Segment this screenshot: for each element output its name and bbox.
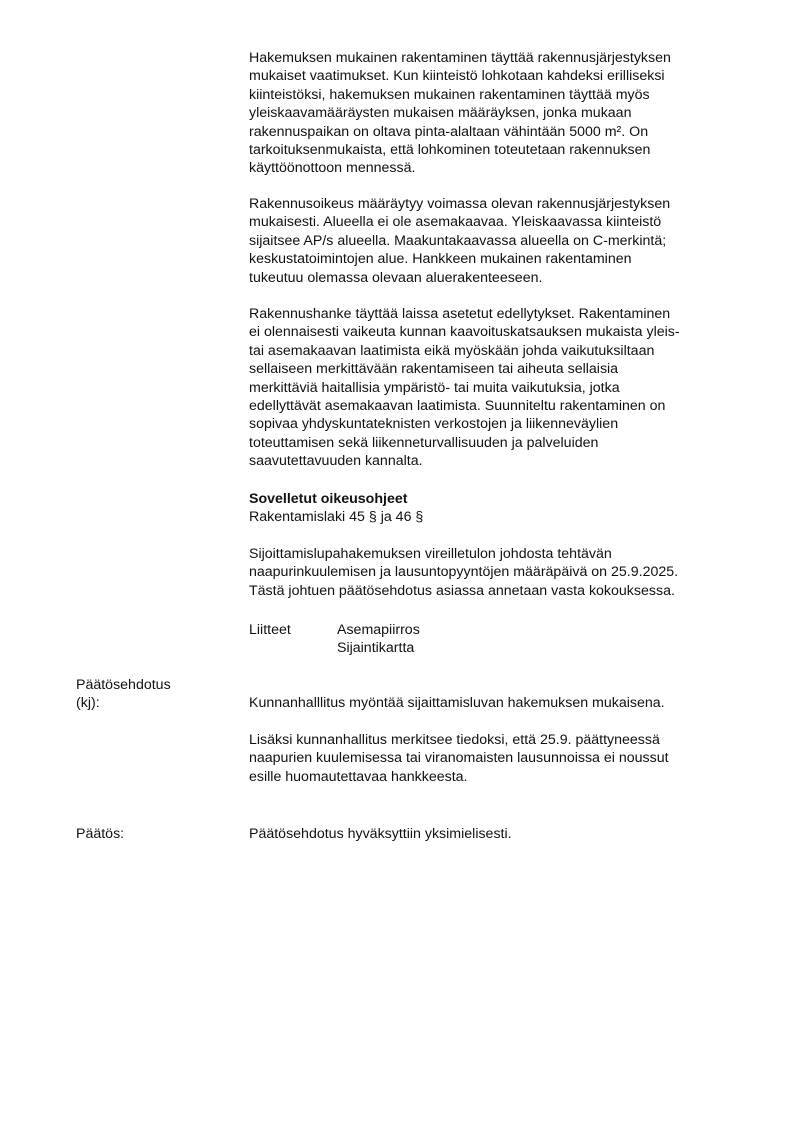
paragraph-requirements: Hakemuksen mukainen rakentaminen täyttää… bbox=[249, 49, 749, 178]
text-line: edellyttävät asemakaavan laatimista. Suu… bbox=[249, 397, 749, 415]
decision-text: Päätösehdotus hyväksyttiin yksimielisest… bbox=[249, 825, 749, 843]
text-line: naapurinkuulemisen ja lausuntopyyntöjen … bbox=[249, 563, 749, 581]
text-line: naapurien kuulemisessa tai viranomaisten… bbox=[249, 749, 749, 767]
text-line: yleiskaavamääräysten mukaisen määräyksen… bbox=[249, 104, 749, 122]
paragraph-deadline: Sijoittamislupahakemuksen vireilletulon … bbox=[249, 545, 749, 600]
proposal-text: Kunnanhalllitus myöntää sijaittamisluvan… bbox=[249, 694, 749, 712]
text-line: Kunnanhalllitus myöntää sijaittamisluvan… bbox=[249, 694, 749, 712]
text-line: ei olennaisesti vaikeuta kunnan kaavoitu… bbox=[249, 323, 749, 341]
text-line: rakennuspaikan on oltava pinta-alaltaan … bbox=[249, 123, 749, 141]
text-line: Tästä johtuen päätösehdotus asiassa anne… bbox=[249, 582, 749, 600]
text-line: kiinteistöksi, hakemuksen mukainen raken… bbox=[249, 86, 749, 104]
proposal-note: Lisäksi kunnanhallitus merkitsee tiedoks… bbox=[249, 731, 749, 786]
text-line: Lisäksi kunnanhallitus merkitsee tiedoks… bbox=[249, 731, 749, 749]
text-line: Rakennushanke täyttää laissa asetetut ed… bbox=[249, 305, 749, 323]
text-line: merkittäviä haitallisia ympäristö- tai m… bbox=[249, 379, 749, 397]
attachment-item[interactable]: Sijaintikartta bbox=[337, 639, 414, 657]
text-line: sellaiseen merkittävään rakentamiseen ta… bbox=[249, 360, 749, 378]
text-line: sijaitsee AP/s alueella. Maakuntakaavass… bbox=[249, 232, 749, 250]
text-line: toteuttamisen sekä liikenneturvallisuude… bbox=[249, 434, 749, 452]
section-heading: Sovelletut oikeusohjeet bbox=[249, 490, 749, 508]
text-line: tukeutuu olemassa olevaan aluerakenteese… bbox=[249, 269, 749, 287]
legal-reference: Rakentamislaki 45 § ja 46 § bbox=[249, 508, 749, 526]
legal-basis-section: Sovelletut oikeusohjeet Rakentamislaki 4… bbox=[249, 490, 749, 527]
text-line: Sijoittamislupahakemuksen vireilletulon … bbox=[249, 545, 749, 563]
label-line: (kj): bbox=[76, 694, 171, 712]
text-line: mukaiset vaatimukset. Kun kiinteistö loh… bbox=[249, 67, 749, 85]
text-line: mukaisesti. Alueella ei ole asemakaavaa.… bbox=[249, 213, 749, 231]
text-line: sopivaa yhdyskuntateknisten verkostojen … bbox=[249, 415, 749, 433]
attachment-item[interactable]: Asemapiirros bbox=[337, 621, 420, 639]
text-line: saavutettavuuden kannalta. bbox=[249, 452, 749, 470]
text-line: tai asemakaavan laatimista eikä myöskään… bbox=[249, 342, 749, 360]
text-line: Päätösehdotus hyväksyttiin yksimielisest… bbox=[249, 825, 749, 843]
text-line: keskustatoimintojen alue. Hankkeen mukai… bbox=[249, 250, 749, 268]
label-line: Päätösehdotus bbox=[76, 676, 171, 694]
paragraph-project-conditions: Rakennushanke täyttää laissa asetetut ed… bbox=[249, 305, 749, 471]
text-line: esille huomautettavaa hankkeesta. bbox=[249, 768, 749, 786]
text-line: käyttöönottoon mennessä. bbox=[249, 159, 749, 177]
text-line: tarkoituksenmukaista, että lohkominen to… bbox=[249, 141, 749, 159]
attachments-section: Liitteet Asemapiirros Sijaintikartta bbox=[249, 621, 749, 658]
proposal-label: Päätösehdotus (kj): bbox=[76, 676, 171, 713]
label-line: Päätös: bbox=[76, 825, 124, 843]
decision-label: Päätös: bbox=[76, 825, 124, 843]
paragraph-building-rights: Rakennusoikeus määräytyy voimassa olevan… bbox=[249, 195, 749, 287]
text-line: Hakemuksen mukainen rakentaminen täyttää… bbox=[249, 49, 749, 67]
attachments-label: Liitteet bbox=[249, 621, 337, 639]
text-line: Rakennusoikeus määräytyy voimassa olevan… bbox=[249, 195, 749, 213]
